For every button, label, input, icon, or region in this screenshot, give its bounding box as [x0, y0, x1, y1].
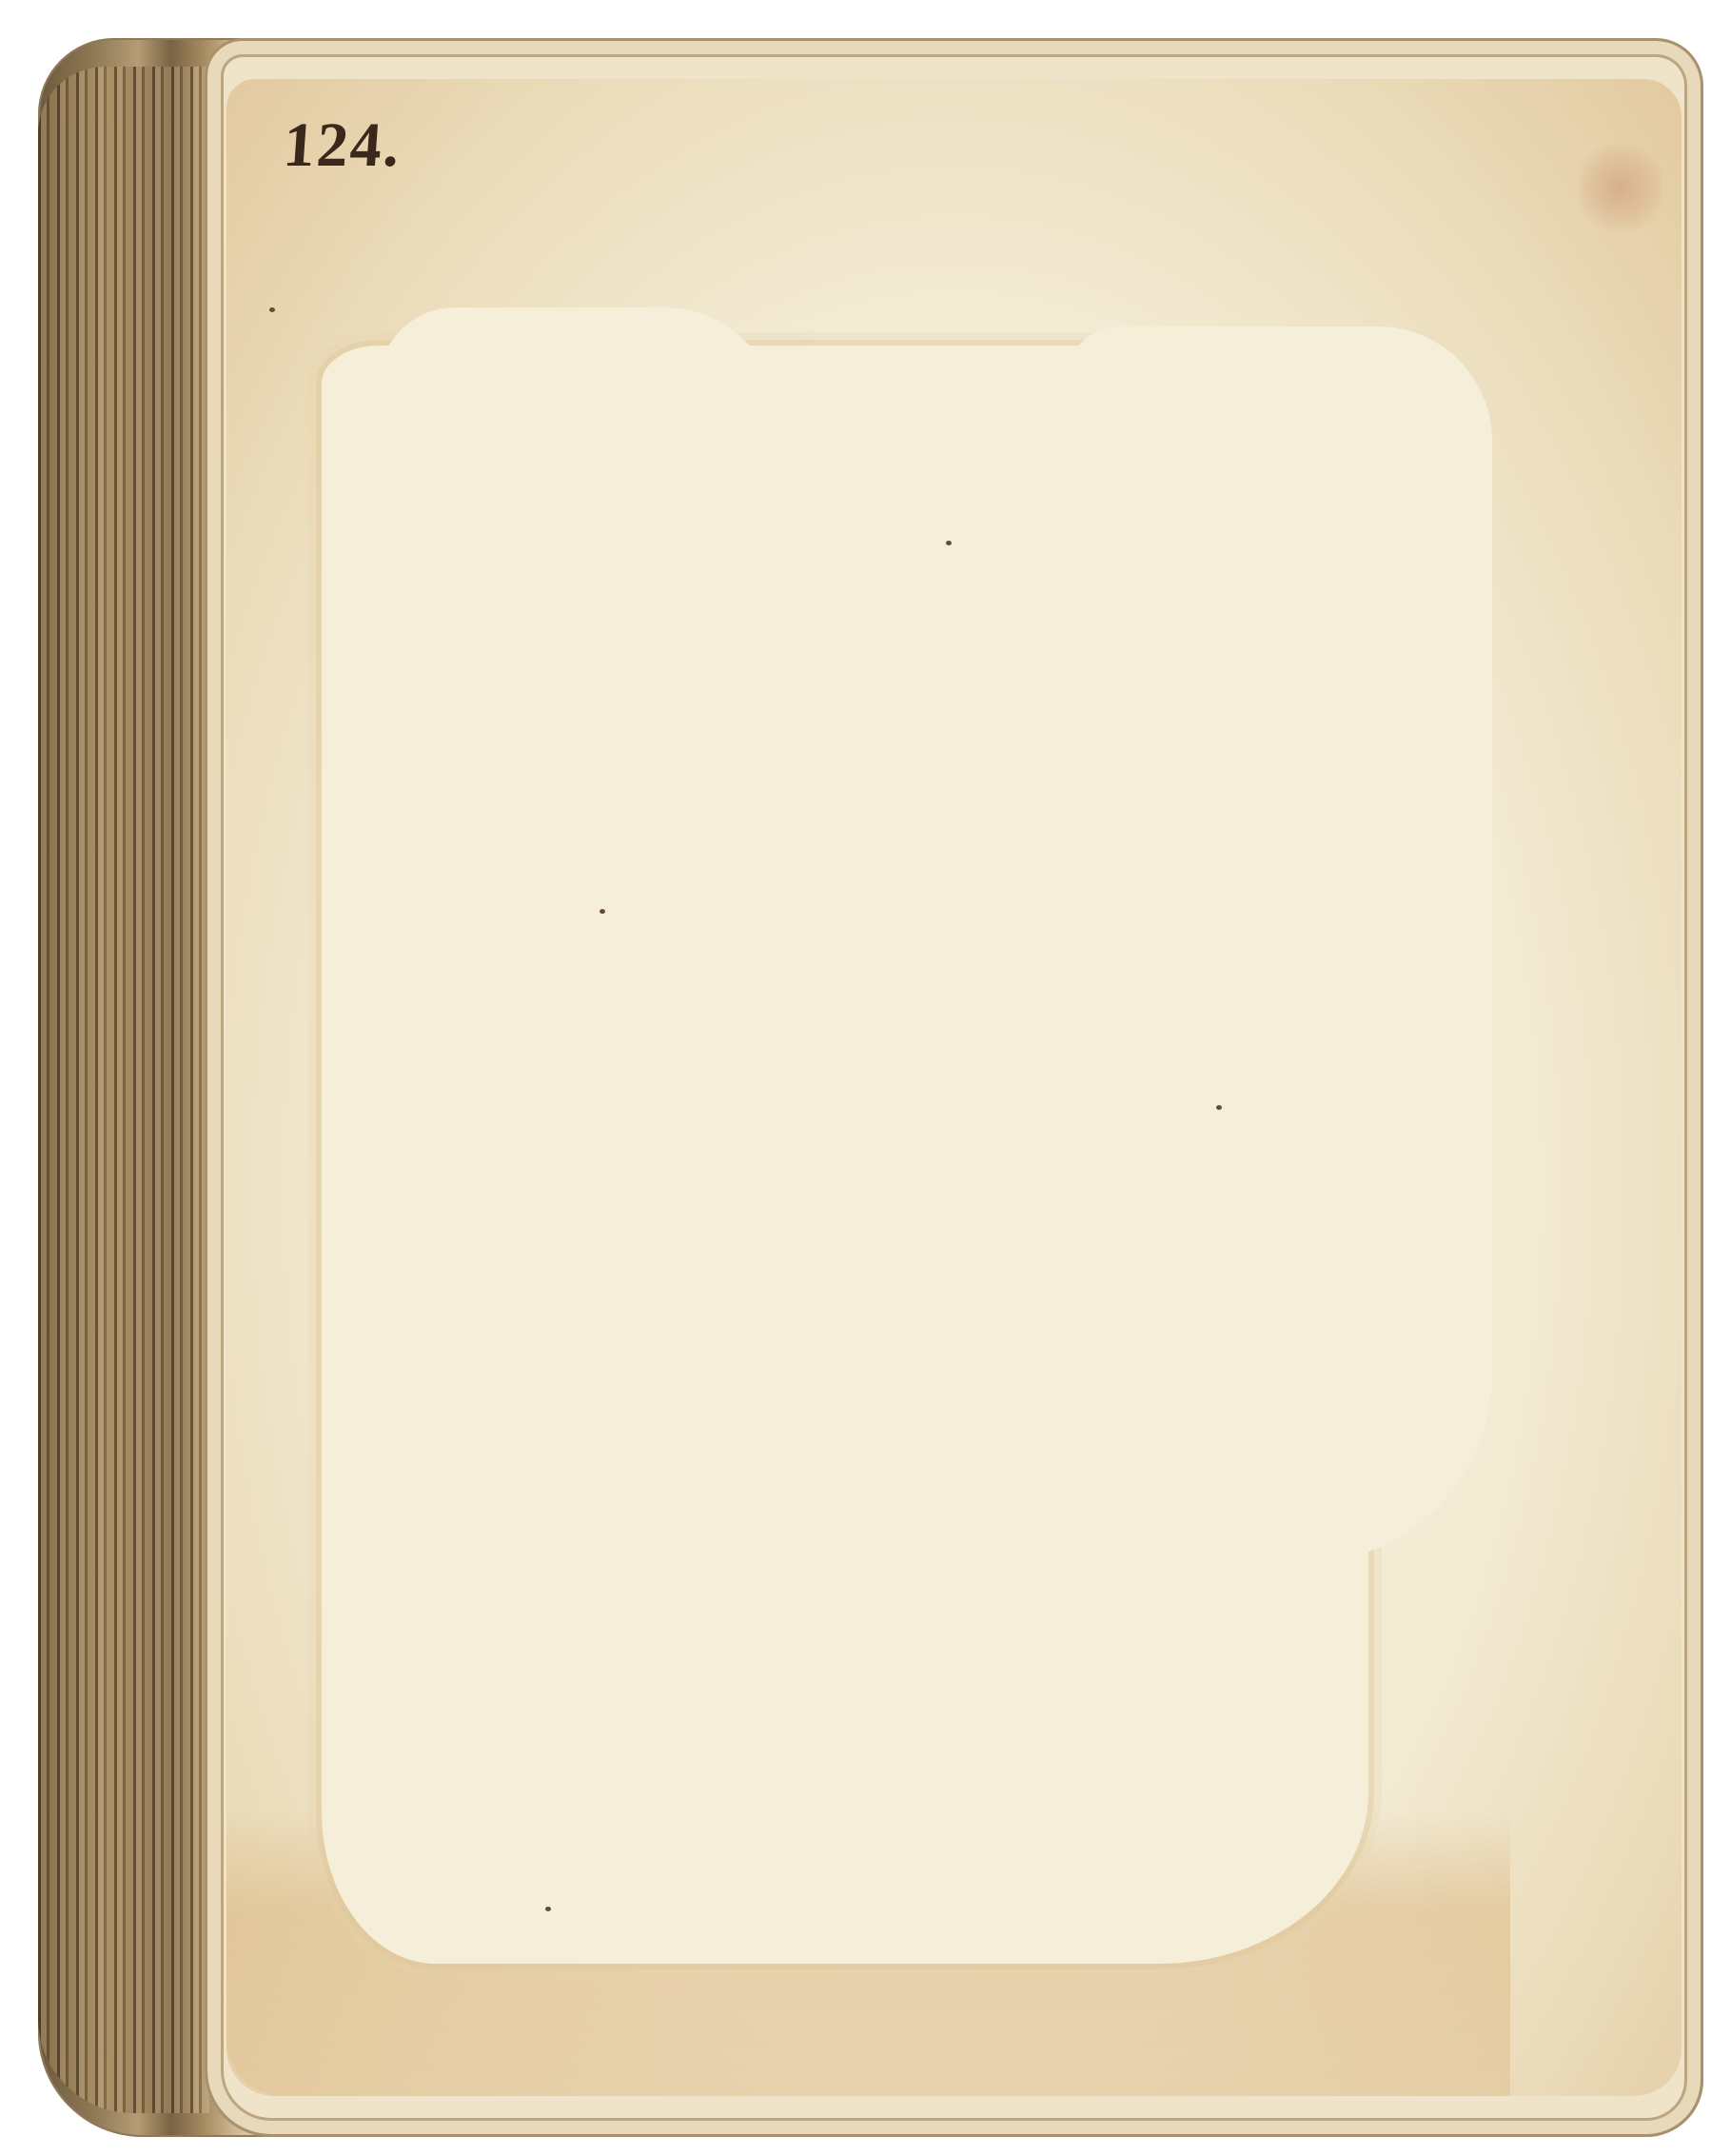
unstained-paper-area-top	[379, 307, 778, 422]
foxing-spots	[1577, 136, 1662, 241]
ink-speck	[269, 307, 275, 312]
book-page: 124.	[205, 38, 1703, 2137]
page-edges-stack	[38, 67, 209, 2113]
ink-speck	[545, 1907, 551, 1911]
book: 124.	[38, 38, 1703, 2137]
ink-speck	[600, 909, 605, 914]
ink-speck	[946, 541, 952, 545]
unstained-paper-area-right	[1064, 326, 1492, 1564]
ink-speck	[1216, 1105, 1222, 1110]
handwritten-page-number: 124.	[281, 109, 403, 182]
